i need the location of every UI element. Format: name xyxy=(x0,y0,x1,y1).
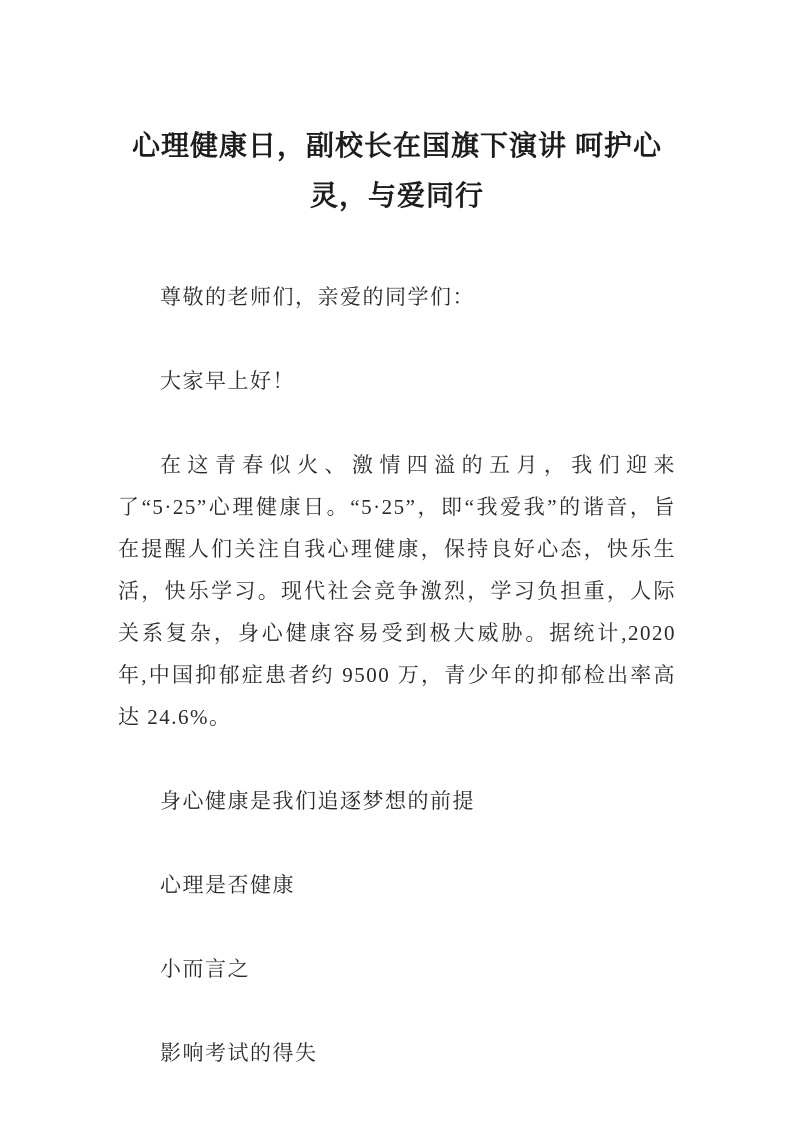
document-title: 心理健康日，副校长在国旗下演讲 呵护心灵，与爱同行 xyxy=(118,122,676,222)
paragraph-subheading-small: 小而言之 xyxy=(118,948,676,990)
document-page: 心理健康日，副校长在国旗下演讲 呵护心灵，与爱同行 尊敬的老师们，亲爱的同学们：… xyxy=(0,0,793,1122)
paragraph-subheading-exam: 影响考试的得失 xyxy=(118,1032,676,1074)
paragraph-subheading-health: 身心健康是我们追逐梦想的前提 xyxy=(118,780,676,822)
paragraph-salutation: 尊敬的老师们，亲爱的同学们： xyxy=(118,276,676,318)
paragraph-greeting: 大家早上好！ xyxy=(118,360,676,402)
paragraph-subheading-mental: 心理是否健康 xyxy=(118,864,676,906)
paragraph-body-main: 在这青春似火、激情四溢的五月，我们迎来了“5·25”心理健康日。“5·25”，即… xyxy=(118,444,676,738)
